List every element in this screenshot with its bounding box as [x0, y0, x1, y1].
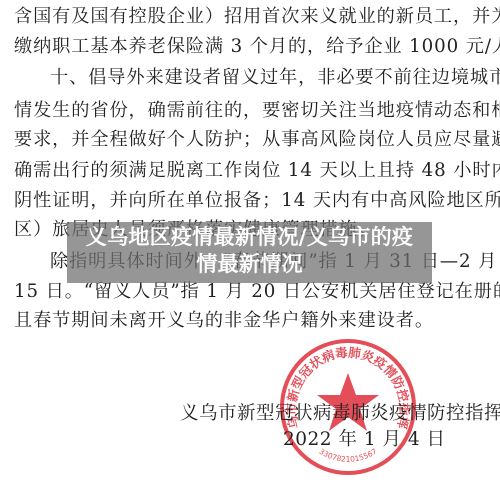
overlay-title-line-1: 义乌地区疫情最新情况/义乌市的疫	[67, 224, 432, 251]
doc-line-3-section-ten: 十、倡导外来建设者留义过年，非必要不前往边境城市和有疫	[50, 67, 486, 89]
signature-date: 2022 年 1 月 4 日	[283, 429, 446, 451]
doc-line-5: 要求，并全程做好个人防护；从事高风险岗位人员应尽量避免出行，	[14, 129, 486, 151]
overlay-title-line-2: 情最新情况	[67, 251, 432, 278]
signature-issuer: 义乌市新型冠状病毒肺炎疫情防控指挥部	[180, 403, 478, 425]
overlay-title: 义乌地区疫情最新情况/义乌市的疫 情最新情况	[67, 224, 432, 278]
doc-line-10: 15 日。“留义人员”指 1 月 20 日公安机关居住登记在册的流动人口，	[14, 281, 486, 303]
doc-line-4: 情发生的省份，确需前往的，要密切关注当地疫情动态和相关防控	[14, 100, 486, 122]
title-overlay-banner: 义乌地区疫情最新情况/义乌市的疫 情最新情况	[67, 222, 432, 283]
document-page: 含国有及国有控股企业）招用首次来义就业的新员工，并为其连续 缴纳职工基本养老保险…	[0, 0, 500, 503]
doc-line-2: 缴纳职工基本养老保险满 3 个月的，给予企业 1000 元/人的招工补助。	[14, 36, 486, 58]
doc-line-6: 确需出行的须满足脱离工作岗位 14 天以上且持 48 小时内核酸检测	[14, 160, 486, 182]
doc-line-11: 且春节期间未离开义乌的非金华户籍外来建设者。	[14, 310, 434, 332]
doc-line-1: 含国有及国有控股企业）招用首次来义就业的新员工，并为其连续	[14, 6, 486, 28]
doc-line-7: 阴性证明，并向所在单位报备；14 天内有中高风险地区所在县（市、	[14, 190, 486, 212]
